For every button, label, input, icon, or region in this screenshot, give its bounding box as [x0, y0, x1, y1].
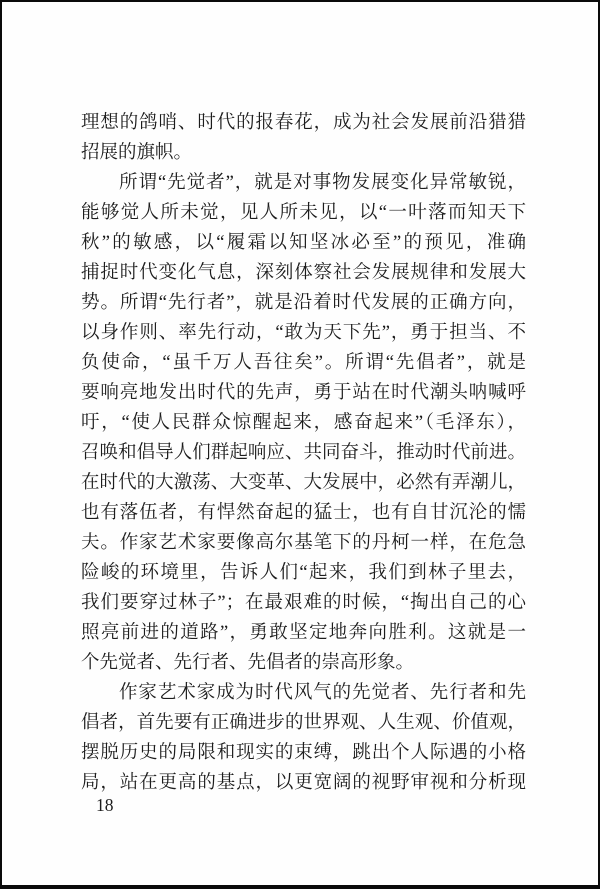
- body-text: 理想的鸽哨、时代的报春花，成为社会发展前沿猎猎招展的旗帜。所谓“先觉者”，就是对…: [81, 108, 526, 798]
- text-line: 我们要穿过林子”；在最艰难的时候，“掏出自己的心: [81, 588, 526, 618]
- text-line: 照亮前进的道路”，勇敢坚定地奔向胜利。这就是一: [81, 618, 526, 648]
- text-line: 秋”的敏感，以“履霜以知坚冰必至”的预见，准确: [81, 228, 526, 258]
- text-line: 作家艺术家成为时代风气的先觉者、先行者和先: [81, 678, 526, 708]
- text-line: 势。所谓“先行者”，就是沿着时代发展的正确方向，: [81, 288, 526, 318]
- text-line: 夫。作家艺术家要像高尔基笔下的丹柯一样，在危急: [81, 528, 526, 558]
- text-line: 摆脱历史的局限和现实的束缚，跳出个人际遇的小格: [81, 738, 526, 768]
- text-line: 理想的鸽哨、时代的报春花，成为社会发展前沿猎猎: [81, 108, 526, 138]
- text-line: 也有落伍者，有悍然奋起的猛士，也有自甘沉沦的懦: [81, 498, 526, 528]
- text-line: 要响亮地发出时代的先声，勇于站在时代潮头呐喊呼: [81, 378, 526, 408]
- text-line: 倡者，首先要有正确进步的世界观、人生观、价值观，: [81, 708, 526, 738]
- text-line: 局，站在更高的基点，以更宽阔的视野审视和分析现: [81, 768, 526, 798]
- text-line: 召唤和倡导人们群起响应、共同奋斗，推动时代前进。: [81, 438, 526, 468]
- text-line: 以身作则、率先行动，“敢为天下先”，勇于担当、不: [81, 318, 526, 348]
- text-line: 吁，“使人民群众惊醒起来，感奋起来”（毛泽东），: [81, 408, 526, 438]
- book-page: 理想的鸽哨、时代的报春花，成为社会发展前沿猎猎招展的旗帜。所谓“先觉者”，就是对…: [0, 0, 600, 889]
- text-line: 负使命，“虽千万人吾往矣”。所谓“先倡者”，就是: [81, 348, 526, 378]
- text-line: 能够觉人所未觉，见人所未见，以“一叶落而知天下: [81, 198, 526, 228]
- text-line: 个先觉者、先行者、先倡者的崇高形象。: [81, 648, 526, 678]
- page-number: 18: [96, 794, 114, 816]
- text-line: 险峻的环境里，告诉人们“起来，我们到林子里去，: [81, 558, 526, 588]
- text-line: 在时代的大激荡、大变革、大发展中，必然有弄潮儿，: [81, 468, 526, 498]
- text-line: 所谓“先觉者”，就是对事物发展变化异常敏锐，: [81, 168, 526, 198]
- text-line: 招展的旗帜。: [81, 138, 526, 168]
- text-line: 捕捉时代变化气息，深刻体察社会发展规律和发展大: [81, 258, 526, 288]
